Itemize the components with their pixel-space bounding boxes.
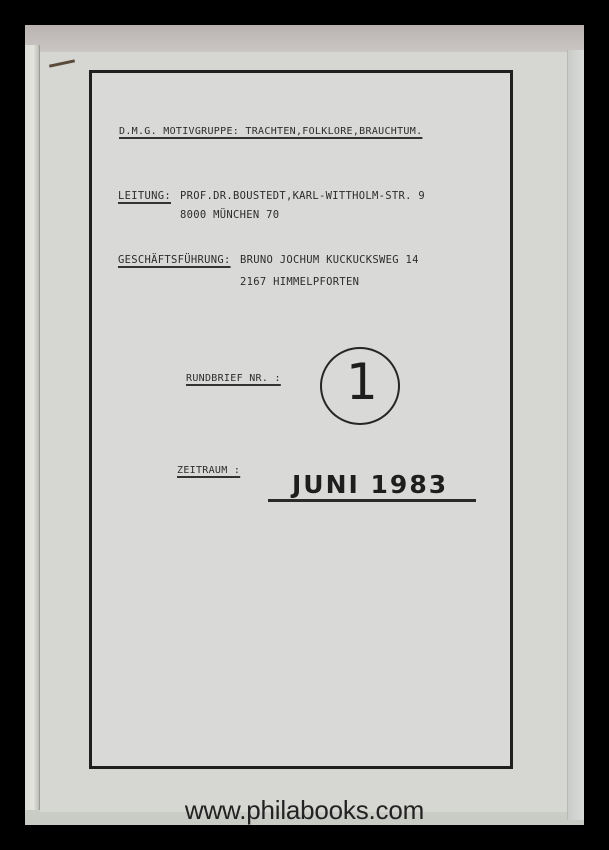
watermark-text: www.philabooks.com: [0, 795, 609, 826]
zeitraum-value: JUNI 1983: [292, 470, 448, 499]
geschaeftsfuehrung-line2: 2167 HIMMELPFORTEN: [240, 276, 359, 288]
left-page-edge: [25, 45, 40, 810]
right-page-edge: [567, 50, 584, 820]
zeitraum-underline: [268, 499, 476, 502]
page-top-shadow: [25, 25, 584, 52]
rundbrief-number: 1: [346, 353, 378, 411]
header-line: D.M.G. MOTIVGRUPPE: TRACHTEN,FOLKLORE,BR…: [119, 126, 422, 137]
zeitraum-label: ZEITRAUM :: [177, 465, 240, 476]
rundbrief-label: RUNDBRIEF NR. :: [186, 373, 281, 384]
geschaeftsfuehrung-line1: BRUNO JOCHUM KUCKUCKSWEG 14: [240, 254, 419, 266]
geschaeftsfuehrung-label: GESCHÄFTSFÜHRUNG:: [118, 254, 231, 266]
leitung-line1: PROF.DR.BOUSTEDT,KARL-WITTHOLM-STR. 9: [180, 190, 425, 202]
document-border-frame: [89, 70, 513, 769]
leitung-line2: 8000 MÜNCHEN 70: [180, 209, 279, 221]
leitung-label: LEITUNG:: [118, 190, 171, 202]
